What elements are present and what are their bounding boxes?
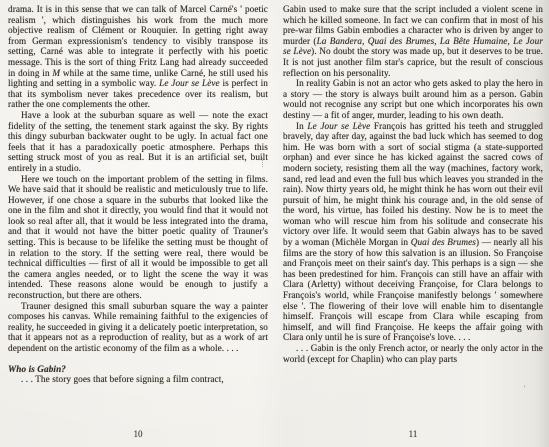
paragraph: drama. It is in this sense that we can t…	[8, 4, 268, 110]
paragraph: In reality Gabin is not an actor who get…	[283, 78, 543, 120]
page-body: Gabin used to make sure that the script …	[283, 4, 543, 364]
paragraph: Trauner designed this small suburban squ…	[8, 301, 268, 354]
italic-text-run: Le Jour se Lève	[159, 78, 220, 88]
section-heading: Who is Gabin?	[8, 364, 268, 375]
page-number: 10	[8, 429, 268, 439]
paragraph: Here we touch on the important problem o…	[8, 174, 268, 301]
right-page: Gabin used to make sure that the script …	[283, 4, 543, 447]
text-run: ). No doubt the story was made up, but i…	[283, 46, 543, 77]
book-spread: drama. It is in this sense that we can t…	[0, 0, 549, 447]
italic-text-run: Quai des Brumes	[411, 237, 476, 247]
text-run: drama. It is in this sense that we can t…	[8, 4, 268, 78]
paragraph: Have a look at the suburban square as we…	[8, 110, 268, 174]
text-run: Here we touch on the important problem o…	[8, 174, 268, 301]
left-page: drama. It is in this sense that we can t…	[8, 4, 268, 447]
paragraph: . . . Gabin is the only French actor, or…	[283, 343, 543, 364]
italic-text-run: M	[52, 68, 60, 78]
text-run: . . . The story goes that before signing…	[21, 374, 224, 384]
text-run: In reality Gabin is not an actor who get…	[283, 78, 543, 120]
italic-text-run: Who is Gabin?	[8, 364, 66, 374]
paragraph: . . . The story goes that before signing…	[8, 374, 268, 385]
page-body: drama. It is in this sense that we can t…	[8, 4, 268, 385]
text-run: Have a look at the suburban square as we…	[8, 110, 268, 173]
paragraph: Gabin used to make sure that the script …	[283, 4, 543, 78]
text-run: In	[296, 121, 307, 131]
text-run: Trauner designed this small suburban squ…	[8, 301, 268, 353]
page-number: 11	[283, 429, 543, 439]
text-run: ) — nearly all his films are the story o…	[283, 237, 543, 342]
paragraph: In Le Jour se Lève François has gritted …	[283, 121, 543, 343]
italic-text-run: Le Jour se Lève	[307, 121, 370, 131]
text-run: . . . Gabin is the only French actor, or…	[283, 343, 543, 364]
text-run: François has gritted his teeth and strug…	[283, 121, 543, 248]
